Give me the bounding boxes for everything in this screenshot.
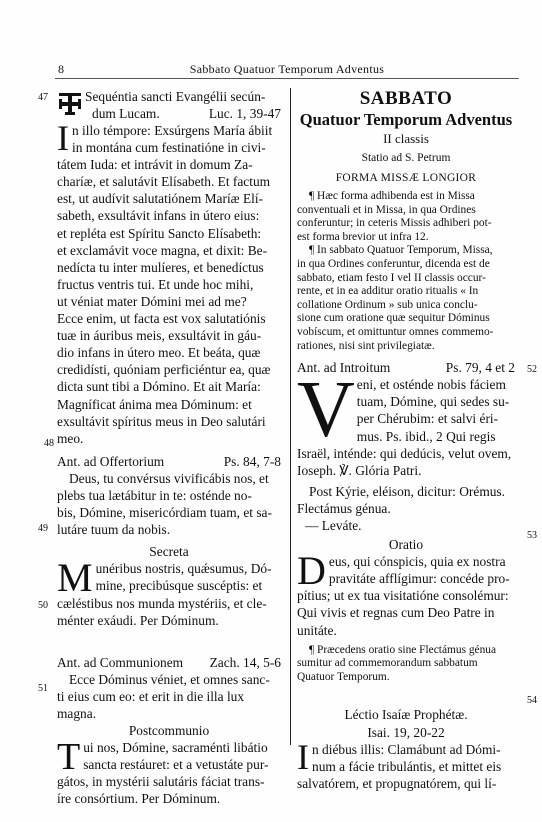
lesson-reference: Isai. 19, 20-22 bbox=[297, 724, 515, 741]
text-line: gátos, in mystérii salutáris fáciat tran… bbox=[57, 773, 281, 790]
running-header: 8 Sabbato Quatuor Temporum Adventus bbox=[55, 62, 519, 78]
text-line: n diébus illis: Clamábunt ad Dómi- bbox=[297, 741, 515, 758]
text-line: ¶ In sabbato Quatuor Temporum, Missa, bbox=[297, 244, 515, 258]
header-rule bbox=[55, 78, 519, 79]
text-line: est forma brevior ut infra 12. bbox=[297, 231, 515, 245]
communion: Ant. ad Communionem Zach. 14, 5-6 Ecce D… bbox=[57, 654, 281, 722]
text-line: eus, qui cónspicis, quia ex nostra bbox=[297, 553, 515, 570]
margin-number: 51 bbox=[38, 683, 48, 694]
text-line: nedícta tu inter mulíeres, et benedíctus bbox=[57, 259, 281, 276]
text-line: pítius; ut ex tua visitatióne consolémur… bbox=[297, 587, 515, 604]
text-line: conferuntur; in ceteris Missis adhiberi … bbox=[297, 217, 515, 231]
text-line: tuæ in áuribus meis, exsultávit in gáu- bbox=[57, 327, 281, 344]
text-line: credidísti, quóniam perficiéntur ea, quæ bbox=[57, 361, 281, 378]
text-line: sabeth, exsultávit infans in útero eius: bbox=[57, 207, 281, 224]
text-line: Israël, inténde: qui dedúcis, velut ovem… bbox=[297, 445, 515, 462]
text-line: sancta restáuret: et a vetustáte pur- bbox=[57, 756, 281, 773]
introit-heading: Ant. ad Introitum Ps. 79, 4 et 2 bbox=[297, 359, 515, 376]
margin-number: 52 bbox=[527, 364, 537, 375]
text-line: Qui vivis et regnas cum Deo Patre in bbox=[297, 604, 515, 621]
secret: Secreta M unéribus nostris, quǽsumus, Dó… bbox=[57, 543, 281, 628]
text-line: vobíscum, et omittuntur omnes commemo- bbox=[297, 326, 515, 340]
text-line: in montána cum festinatióne in civi- bbox=[72, 139, 281, 156]
lesson-heading: Léctio Isaíæ Prophétæ. bbox=[297, 706, 515, 723]
drop-cap: T bbox=[57, 742, 80, 772]
gospel-title-line: dum Lucam. bbox=[92, 105, 160, 122]
text-line: ui nos, Dómine, sacraménti libátio bbox=[57, 739, 281, 756]
text-line: pravitáte afflígimur: concéde pro- bbox=[297, 570, 515, 587]
text-line: — Leváte. bbox=[297, 517, 515, 534]
text-line: bis, Dómine, misericórdiam tuam, et sa- bbox=[57, 504, 281, 521]
text-line: Post Kýrie, eléison, dicitur: Orémus. bbox=[297, 483, 515, 500]
text-line: ut véniat mater Dómini mei ad me? bbox=[57, 293, 281, 310]
text-line: Ecce Dóminus véniet, et omnes sanc- bbox=[57, 671, 281, 688]
margin-number: 47 bbox=[38, 92, 48, 103]
text-line: n illo témpore: Exsúrgens María ábiit bbox=[72, 122, 281, 139]
text-line: in qua Ordines conferuntur, dicenda est … bbox=[297, 258, 515, 272]
liturgical-class: II classis bbox=[297, 130, 515, 148]
margin-number: 49 bbox=[38, 523, 48, 534]
text-line: Quatuor Temporum. bbox=[297, 671, 515, 685]
offertory-reference: Ps. 84, 7-8 bbox=[224, 453, 281, 470]
text-line: magna. bbox=[57, 705, 281, 722]
text-line: est, ut audívit salutatiónem Maríæ Elí- bbox=[57, 190, 281, 207]
communion-heading: Ant. ad Communionem Zach. 14, 5-6 bbox=[57, 654, 281, 671]
text-line: Magníficat ánima mea Dóminum: et bbox=[57, 396, 281, 413]
text-line: et repléta est Spíritu Sancto Elísabeth: bbox=[57, 225, 281, 242]
text-line: meo. bbox=[57, 430, 281, 447]
text-line: et exclamávit voce magna, et dixit: Be- bbox=[57, 242, 281, 259]
text-line: unitáte. bbox=[297, 622, 515, 639]
margin-number: 50 bbox=[38, 600, 48, 611]
gospel-title: Sequéntia sancti Evangélii secún- dum Lu… bbox=[57, 88, 281, 122]
drop-cap: I bbox=[297, 743, 309, 772]
text-line: ¶ Hæc forma adhibenda est in Missa bbox=[297, 190, 515, 204]
maltese-cross-icon bbox=[57, 91, 83, 117]
day-title: SABBATO bbox=[297, 88, 515, 110]
postcommunion: Postcommunio T ui nos, Dómine, sacramént… bbox=[57, 722, 281, 807]
station: Statio ad S. Petrum bbox=[297, 148, 515, 168]
text-line: salvatórem, et propugnatórem, qui lí- bbox=[297, 775, 515, 792]
drop-cap: M bbox=[57, 562, 93, 594]
text-line: ¶ Præcedens oratio sine Flectámus génua bbox=[297, 644, 515, 658]
text-line: fructus ventris tui. Et unde hoc mihi, bbox=[57, 276, 281, 293]
collect-heading: Oratio bbox=[297, 536, 515, 553]
text-line: Flectámus génua. bbox=[297, 500, 515, 517]
introit-label: Ant. ad Introitum bbox=[297, 359, 390, 376]
text-line: sumitur ad commemorandum sabbatum bbox=[297, 657, 515, 671]
running-title: Sabbato Quatuor Temporum Adventus bbox=[55, 62, 519, 77]
text-line: exsultávit spíritus meus in Deo salutári bbox=[57, 413, 281, 430]
collect: Oratio D eus, qui cónspicis, quia ex nos… bbox=[297, 536, 515, 639]
communion-reference: Zach. 14, 5-6 bbox=[210, 654, 281, 671]
drop-cap: D bbox=[297, 555, 326, 587]
drop-cap: V bbox=[297, 378, 355, 442]
text-line: dio infans in útero meo. Et beáta, quæ bbox=[57, 344, 281, 361]
margin-number: 53 bbox=[527, 530, 537, 541]
gospel-reference: Luc. 1, 39-47 bbox=[209, 105, 281, 122]
text-line: ménter exáudi. Per Dóminum. bbox=[57, 612, 281, 629]
column-divider bbox=[290, 88, 291, 745]
form-heading: FORMA MISSÆ LONGIOR bbox=[297, 168, 515, 188]
text-line: conventuali et in Missa, in qua Ordines bbox=[297, 204, 515, 218]
text-line: rente, et in ea additur oratio ritualis … bbox=[297, 285, 515, 299]
text-line: rationes, nisi sint privilegiatæ. bbox=[297, 340, 515, 354]
text-line: num a fácie tribulántis, et mittet eis bbox=[297, 758, 515, 775]
text-line: Deus, tu convérsus vivificábis nos, et bbox=[57, 470, 281, 487]
offertory-heading: Ant. ad Offertorium Ps. 84, 7-8 bbox=[57, 453, 281, 470]
text-line: sabbato, etiam festo I vel II classis oc… bbox=[297, 272, 515, 286]
rubric-1: ¶ Hæc forma adhibenda est in Missa conve… bbox=[297, 190, 515, 244]
text-line: plebs tua lætábitur in te: osténde no- bbox=[57, 487, 281, 504]
text-line: collatione Ordinum » sub unica conclu- bbox=[297, 299, 515, 313]
text-line: Ioseph. ℣. Glória Patri. bbox=[297, 462, 515, 479]
gospel-text: I n illo témpore: Exsúrgens María ábiit … bbox=[57, 122, 281, 447]
drop-cap: I bbox=[57, 124, 69, 153]
text-line: Ecce enim, ut facta est vox salutatiónis bbox=[57, 310, 281, 327]
text-line: sione cum oratione quæ sequitur Dóminus bbox=[297, 312, 515, 326]
text-line: lutáre tuum da nobis. bbox=[57, 521, 281, 538]
right-column: SABBATO Quatuor Temporum Adventus II cla… bbox=[297, 88, 515, 792]
missal-page: 8 Sabbato Quatuor Temporum Adventus 47 4… bbox=[0, 0, 542, 822]
introit: Ant. ad Introitum Ps. 79, 4 et 2 V eni, … bbox=[297, 359, 515, 479]
rubric-2: ¶ In sabbato Quatuor Temporum, Missa, in… bbox=[297, 244, 515, 353]
text-line: ti eius cum eo: et erit in die illa lux bbox=[57, 688, 281, 705]
day-subtitle: Quatuor Temporum Adventus bbox=[297, 110, 515, 130]
margin-number: 54 bbox=[527, 695, 537, 706]
communion-label: Ant. ad Communionem bbox=[57, 654, 183, 671]
left-column: Sequéntia sancti Evangélii secún- dum Lu… bbox=[57, 88, 281, 808]
text-line: íre consórtium. Per Dóminum. bbox=[57, 790, 281, 807]
margin-number: 48 bbox=[44, 438, 54, 449]
text-line: dicta sunt tibi a Dómino. Et ait María: bbox=[57, 378, 281, 395]
text-line: tátem Iuda: et intrávit in domum Za- bbox=[57, 156, 281, 173]
text-line: cæléstibus nos munda mystériis, et cle- bbox=[57, 595, 281, 612]
offertory: Ant. ad Offertorium Ps. 84, 7-8 Deus, tu… bbox=[57, 453, 281, 538]
postcommunion-heading: Postcommunio bbox=[57, 722, 281, 739]
gospel-title-line: Sequéntia sancti Evangélii secún- bbox=[85, 88, 265, 105]
lesson: Léctio Isaíæ Prophétæ. Isai. 19, 20-22 I… bbox=[297, 706, 515, 791]
offertory-label: Ant. ad Offertorium bbox=[57, 453, 164, 470]
text-line: charíæ, et salutávit Elísabeth. Et factu… bbox=[57, 173, 281, 190]
rubric-3: ¶ Præcedens oratio sine Flectámus génua … bbox=[297, 644, 515, 685]
post-kyrie: Post Kýrie, eléison, dicitur: Orémus. Fl… bbox=[297, 483, 515, 534]
introit-reference: Ps. 79, 4 et 2 bbox=[446, 359, 515, 376]
